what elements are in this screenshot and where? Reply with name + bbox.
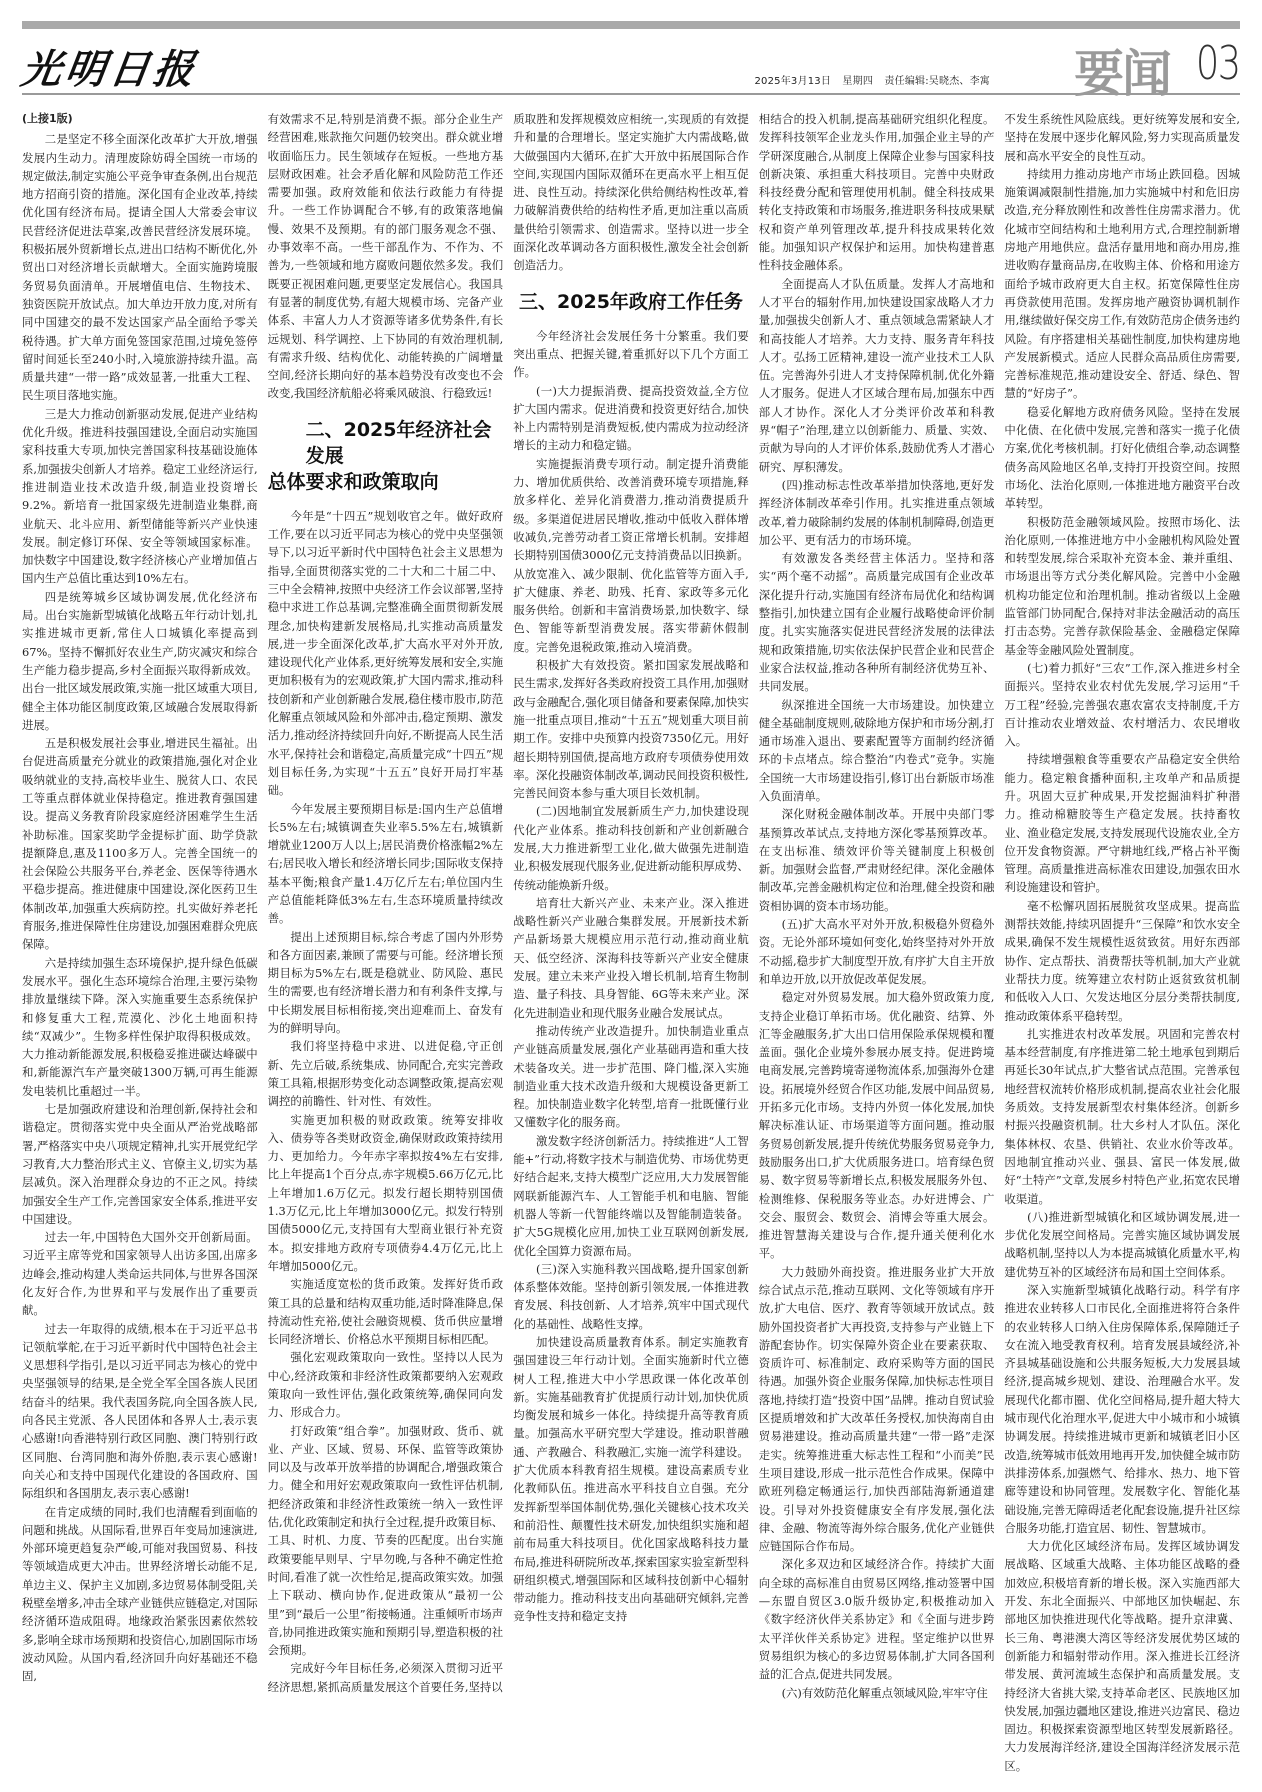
article-columns: (上接1版) 二是坚定不移全面深化改革扩大开放,增强发展内生动力。清理废除妨碍全… [22,110,1240,1774]
paragraph: (六)有效防范化解重点领域风险,牢牢守住 [759,1684,995,1702]
paragraph: 有效激发各类经营主体活力。坚持和落实“两个毫不动摇”。高质量完成国有企业改革深化… [759,549,995,695]
paragraph: 大力鼓励外商投资。推进服务业扩大开放综合试点示范,推动互联网、文化等领域有序开放… [759,1263,995,1556]
paragraph: 深化多双边和区域经济合作。持续扩大面向全球的高标准自由贸易区网络,推动签署中国—… [759,1555,995,1683]
top-gray-bar [22,21,1240,29]
page-number: 03 [1196,36,1240,90]
paragraph: 提出上述预期目标,综合考虑了国内外形势和各方面因素,兼顾了需要与可能。经济增长预… [268,928,504,1038]
paragraph: 六是持续加强生态环境保护,提升绿色低碳发展水平。强化生态环境综合治理,主要污染物… [22,954,258,1100]
paragraph: 培育壮大新兴产业、未来产业。深入推进战略性新兴产业融合集群发展。开展新技术新产品… [513,894,749,1022]
paragraph: 扎实推进农村改革发展。巩固和完善农村基本经营制度,有序推进第二轮土地承包到期后再… [1004,1025,1240,1208]
section-heading-2: 二、2025年经济社会发展 总体要求和政策取向 [268,417,504,495]
paragraph-continued: 质取胜和发挥规模效应相统一,实现质的有效提升和量的合理增长。坚定实施扩大内需战略… [513,110,749,275]
column-5: 不发生系统性风险底线。更好统筹发展和安全,坚持在发展中逐步化解风险,努力实现高质… [1004,110,1240,1774]
paragraph: 四是统筹城乡区域协调发展,优化经济布局。出台实施新型城镇化战略五年行动计划,扎实… [22,588,258,734]
paragraph: 深入实施新型城镇化战略行动。科学有序推进农业转移人口市民化,全面推进将符合条件的… [1004,1281,1240,1537]
paragraph-continued: 有效需求不足,特别是消费不振。部分企业生产经营困难,账款拖欠问题仍较突出。群众就… [268,110,504,403]
paragraph: 今年发展主要预期目标是:国内生产总值增长5%左右;城镇调查失业率5.5%左右,城… [268,800,504,928]
newspaper-logo: 光明日报 [18,38,202,95]
column-2: 有效需求不足,特别是消费不振。部分企业生产经营困难,账款拖欠问题仍较突出。群众就… [268,110,504,1774]
paragraph: 我们将坚持稳中求进、以进促稳,守正创新、先立后破,系统集成、协同配合,充实完善政… [268,1037,504,1110]
paragraph: (四)推动标志性改革举措加快落地,更好发挥经济体制改革牵引作用。扎实推进重点领域… [759,476,995,549]
paragraph: 今年经济社会发展任务十分繁重。我们要突出重点、把握关键,着重抓好以下几个方面工作… [513,327,749,382]
paragraph-continued: 不发生系统性风险底线。更好统筹发展和安全,坚持在发展中逐步化解风险,努力实现高质… [1004,110,1240,165]
paragraph: 七是加强政府建设和治理创新,保持社会和谐稳定。贯彻落实党中央全面从严治党战略部署… [22,1100,258,1228]
paragraph: 推动传统产业改造提升。加快制造业重点产业链高质量发展,强化产业基础再造和重大技术… [513,1022,749,1132]
section-heading-line: 二、2025年经济社会发展 [268,417,504,469]
paragraph: 三是大力推动创新驱动发展,促进产业结构优化升级。推进科技强国建设,全面启动实施国… [22,405,258,588]
paragraph: 大力优化区域经济布局。发挥区域协调发展战略、区域重大战略、主体功能区战略的叠加效… [1004,1537,1240,1774]
paragraph: 积极防范金融领域风险。按照市场化、法治化原则,一体推进地方中小金融机构风险处置和… [1004,513,1240,659]
column-3: 质取胜和发挥规模效应相统一,实现质的有效提升和量的合理增长。坚定实施扩大内需战略… [513,110,749,1774]
responsible-editors: 责任编辑:吴晓杰、李寓 [884,76,990,87]
paragraph: 过去一年取得的成绩,根本在于习近平总书记领航掌舵,在于习近平新时代中国特色社会主… [22,1320,258,1503]
paragraph: 稳定对外贸易发展。加大稳外贸政策力度,支持企业稳订单拓市场。优化融资、结算、外汇… [759,988,995,1262]
paragraph: 持续增强粮食等重要农产品稳定安全供给能力。稳定粮食播种面积,主攻单产和品质提升。… [1004,750,1240,896]
paragraph: 在肯定成绩的同时,我们也清醒看到面临的问题和挑战。从国际看,世界百年变局加速演进… [22,1503,258,1686]
paragraph: 实施更加积极的财政政策。统筹安排收入、债券等各类财政资金,确保财政政策持续用力、… [268,1111,504,1276]
paragraph: 实施适度宽松的货币政策。发挥好货币政策工具的总量和结构双重功能,适时降准降息,保… [268,1275,504,1348]
paragraph: 完成好今年目标任务,必须深入贯彻习近平经济思想,紧抓高质量发展这个首要任务,坚持… [268,1659,504,1696]
masthead: 光明日报 2025年3月13日 星期四 责任编辑:吴晓杰、李寓 要闻 03 [22,30,1240,94]
paragraph: 稳妥化解地方政府债务风险。坚持在发展中化债、在化债中发展,完善和落实一揽子化债方… [1004,403,1240,513]
section-name: 要闻 [1074,34,1170,106]
dateline: 2025年3月13日 星期四 责任编辑:吴晓杰、李寓 [746,72,990,87]
header-rule [22,93,1240,95]
paragraph: 纵深推进全国统一大市场建设。加快建立健全基础制度规则,破除地方保护和市场分割,打… [759,696,995,806]
section-heading-line: 总体要求和政策取向 [268,469,504,495]
paragraph: 打好政策“组合拳”。加强财政、货币、就业、产业、区域、贸易、环保、监管等政策协同… [268,1422,504,1660]
paragraph: (一)大力提振消费、提高投资效益,全方位扩大国内需求。促进消费和投资更好结合,加… [513,382,749,455]
paragraph: (八)推进新型城镇化和区域协调发展,进一步优化发展空间格局。完善实施区域协调发展… [1004,1208,1240,1281]
paragraph: 深化财税金融体制改革。开展中央部门零基预算改革试点,支持地方深化零基预算改革。在… [759,805,995,915]
paragraph-continued: 相结合的投入机制,提高基础研究组织化程度。发挥科技领军企业龙头作用,加强企业主导… [759,110,995,275]
issue-date: 2025年3月13日 [754,76,831,87]
paragraph: (五)扩大高水平对外开放,积极稳外贸稳外资。无论外部环境如何变化,始终坚持对外开… [759,915,995,988]
column-4: 相结合的投入机制,提高基础研究组织化程度。发挥科技领军企业龙头作用,加强企业主导… [759,110,995,1774]
paragraph: 持续用力推动房地产市场止跌回稳。因城施策调减限制性措施,加力实施城中村和危旧房改… [1004,165,1240,403]
paragraph: 全面提高人才队伍质量。发挥人才高地和人才平台的辐射作用,加快建设国家战略人才力量… [759,275,995,476]
paragraph: 二是坚定不移全面深化改革扩大开放,增强发展内生动力。清理废除妨碍全国统一市场的规… [22,130,258,404]
paragraph: 激发数字经济创新活力。持续推进“人工智能+”行动,将数字技术与制造优势、市场优势… [513,1132,749,1260]
issue-weekday: 星期四 [842,76,873,87]
paragraph: (二)因地制宜发展新质生产力,加快建设现代化产业体系。推动科技创新和产业创新融合… [513,802,749,893]
paragraph: 过去一年,中国特色大国外交开创新局面。习近平主席等党和国家领导人出访多国,出席多… [22,1228,258,1319]
paragraph: (三)深入实施科教兴国战略,提升国家创新体系整体效能。坚持创新引领发展,一体推进… [513,1260,749,1333]
paragraph: 强化宏观政策取向一致性。坚持以人民为中心,经济政策和非经济性政策都要纳入宏观政策… [268,1348,504,1421]
paragraph: 五是积极发展社会事业,增进民生福祉。出台促进高质量充分就业的政策措施,强化对企业… [22,734,258,954]
paragraph: 加快建设高质量教育体系。制定实施教育强国建设三年行动计划。全面实施新时代立德树人… [513,1333,749,1626]
continued-from-note: (上接1版) [22,110,258,128]
section-heading-3: 三、2025年政府工作任务 [513,289,749,315]
paragraph: 实施提振消费专项行动。制定提升消费能力、增加优质供给、改善消费环境专项措施,释放… [513,455,749,656]
paragraph: 毫不松懈巩固拓展脱贫攻坚成果。提高监测帮扶效能,持续巩固提升“三保障”和饮水安全… [1004,897,1240,1025]
paragraph: 今年是“十四五”规划收官之年。做好政府工作,要在以习近平同志为核心的党中央坚强领… [268,507,504,800]
column-1: (上接1版) 二是坚定不移全面深化改革扩大开放,增强发展内生动力。清理废除妨碍全… [22,110,258,1774]
paragraph: (七)着力抓好“三农”工作,深入推进乡村全面振兴。坚持农业农村优先发展,学习运用… [1004,659,1240,750]
paragraph: 积极扩大有效投资。紧扣国家发展战略和民生需求,发挥好各类政府投资工具作用,加强财… [513,656,749,802]
